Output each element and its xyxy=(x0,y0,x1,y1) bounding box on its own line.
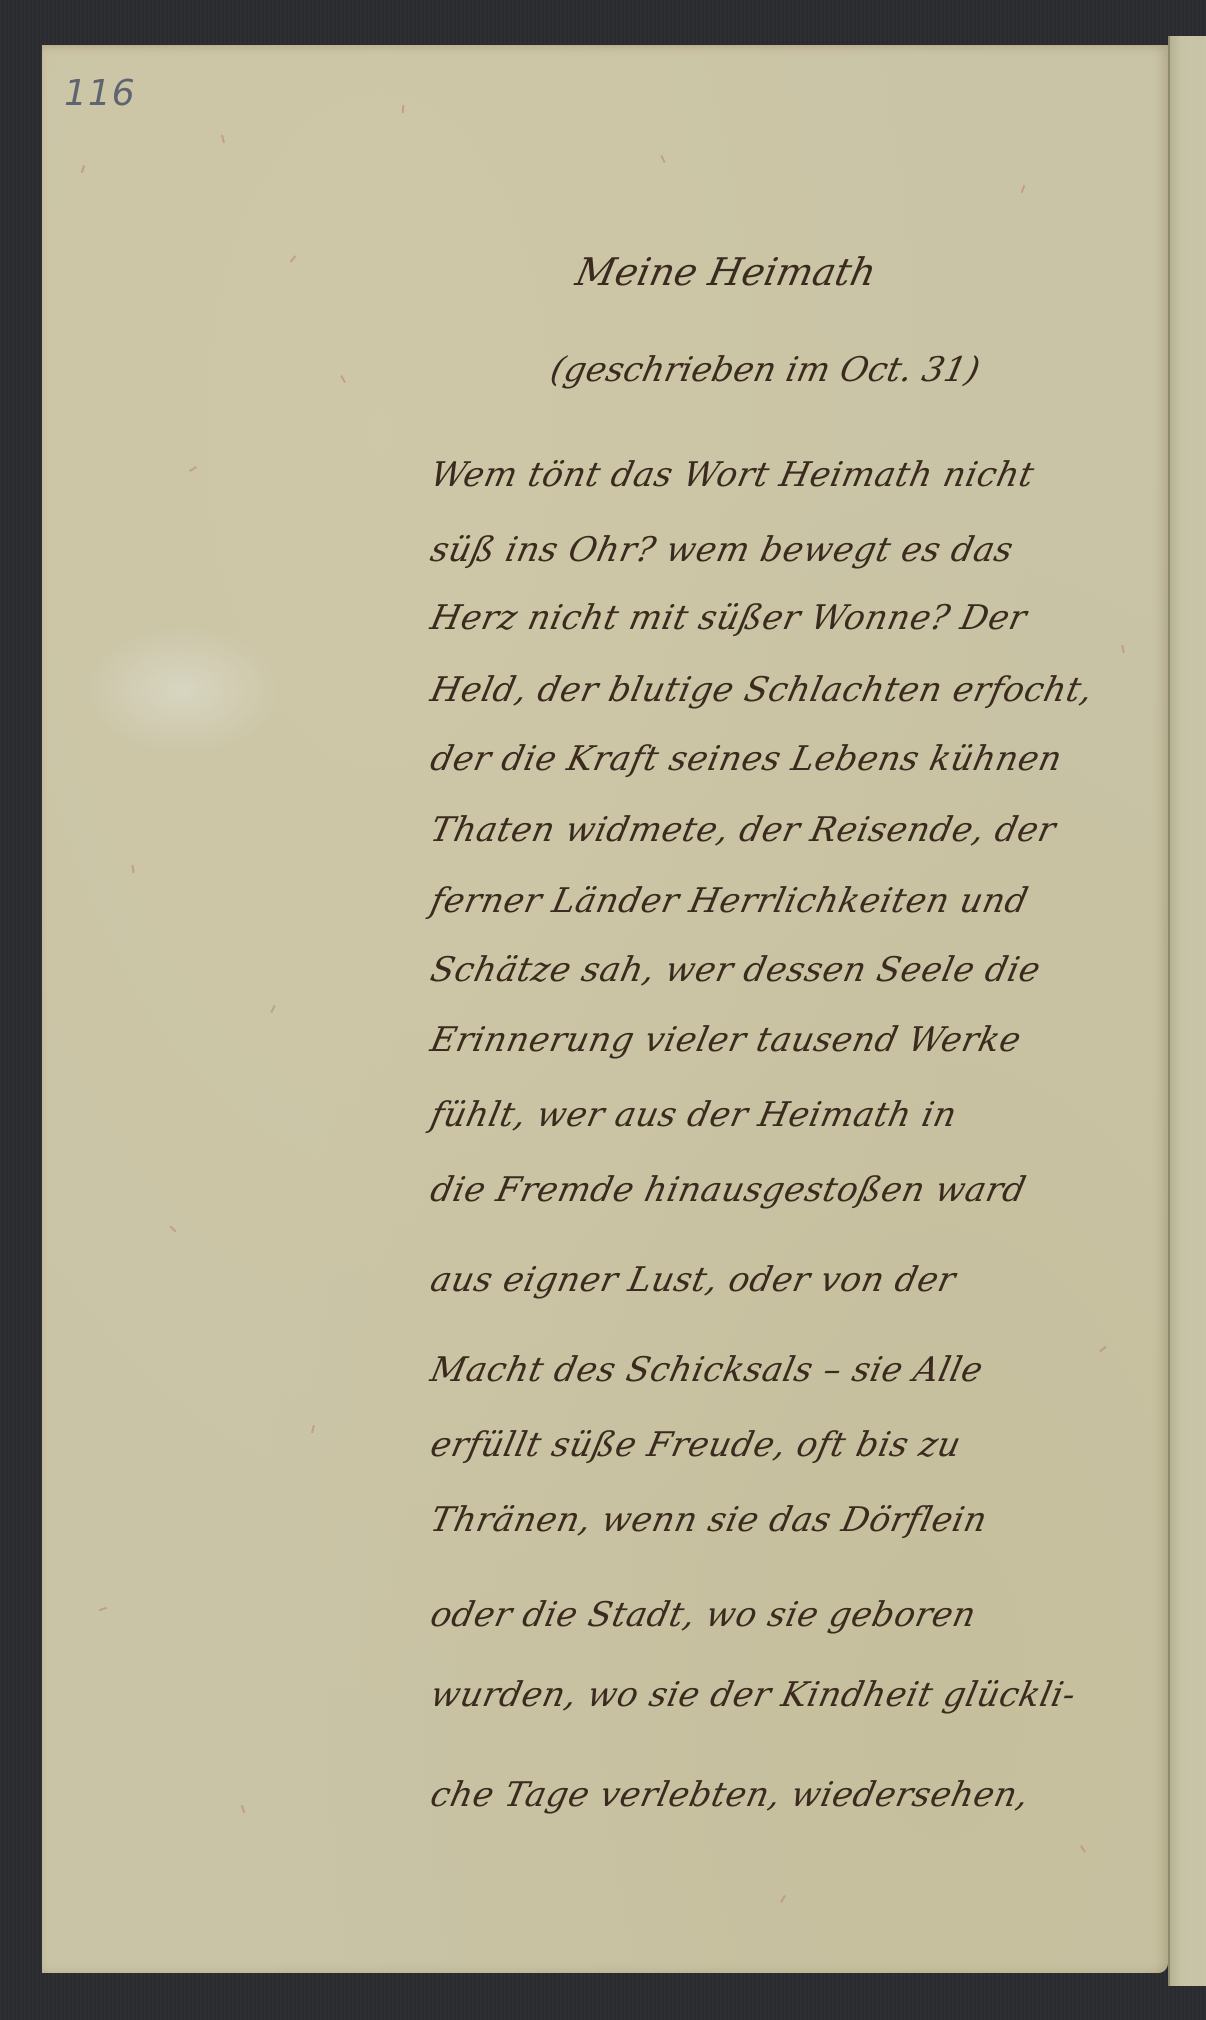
manuscript-date-note: (geschrieben im Oct. 31) xyxy=(547,350,984,390)
text-line: aus eigner Lust, oder von der xyxy=(427,1260,959,1300)
text-line: Held, der blutige Schlachten erfocht, xyxy=(427,670,1096,710)
paper-fiber xyxy=(1099,1346,1106,1353)
paper-fiber xyxy=(1121,645,1125,653)
text-line: wurden, wo sie der Kindheit glückli- xyxy=(427,1675,1079,1715)
paper-stain xyxy=(82,625,282,755)
paper-fiber xyxy=(99,1607,107,1612)
paper-fiber xyxy=(311,1425,315,1433)
paper-fiber xyxy=(1080,1845,1086,1853)
text-line: Thaten widmete, der Reisende, der xyxy=(427,810,1059,850)
text-line: die Fremde hinausgestoßen ward xyxy=(427,1170,1030,1210)
paper-fiber xyxy=(221,135,225,143)
text-line: oder die Stadt, wo sie geboren xyxy=(427,1595,980,1635)
text-line: der die Kraft seines Lebens kühnen xyxy=(427,739,1066,779)
text-line: Herz nicht mit süßer Wonne? Der xyxy=(427,598,1030,638)
paper-fiber xyxy=(169,1225,176,1232)
text-line: Thränen, wenn sie das Dörflein xyxy=(427,1500,991,1540)
paper-fiber xyxy=(1021,185,1026,193)
text-line: Macht des Schicksals – sie Alle xyxy=(427,1350,987,1390)
folio-number: 116 xyxy=(64,73,136,114)
text-line: fühlt, wer aus der Heimath in xyxy=(427,1095,960,1135)
paper-fiber xyxy=(290,255,297,262)
paper-fiber xyxy=(241,1805,246,1813)
text-line: Schätze sah, wer dessen Seele die xyxy=(427,950,1044,990)
paper-fiber xyxy=(780,1895,786,1903)
paper-fiber xyxy=(660,155,665,163)
paper-fiber xyxy=(402,105,405,113)
paper-fiber xyxy=(340,375,346,383)
paper-fiber xyxy=(81,165,86,173)
paper-fiber xyxy=(189,466,197,472)
text-line: ferner Länder Herrlichkeiten und xyxy=(427,881,1032,921)
text-line: süß ins Ohr? wem bewegt es das xyxy=(427,530,1017,570)
text-line: erfüllt süße Freude, oft bis zu xyxy=(427,1425,965,1465)
text-line: Erinnerung vieler tausend Werke xyxy=(427,1020,1025,1060)
paper-fiber xyxy=(270,1005,275,1013)
manuscript-title: Meine Heimath xyxy=(572,250,880,294)
manuscript-page: 116 Meine Heimath (geschrieben im Oct. 3… xyxy=(42,45,1168,1973)
adjacent-page-edge xyxy=(1168,36,1206,1986)
text-line: Wem tönt das Wort Heimath nicht xyxy=(427,455,1038,495)
text-line: che Tage verlebten, wiedersehen, xyxy=(427,1775,1033,1815)
paper-fiber xyxy=(131,865,134,873)
